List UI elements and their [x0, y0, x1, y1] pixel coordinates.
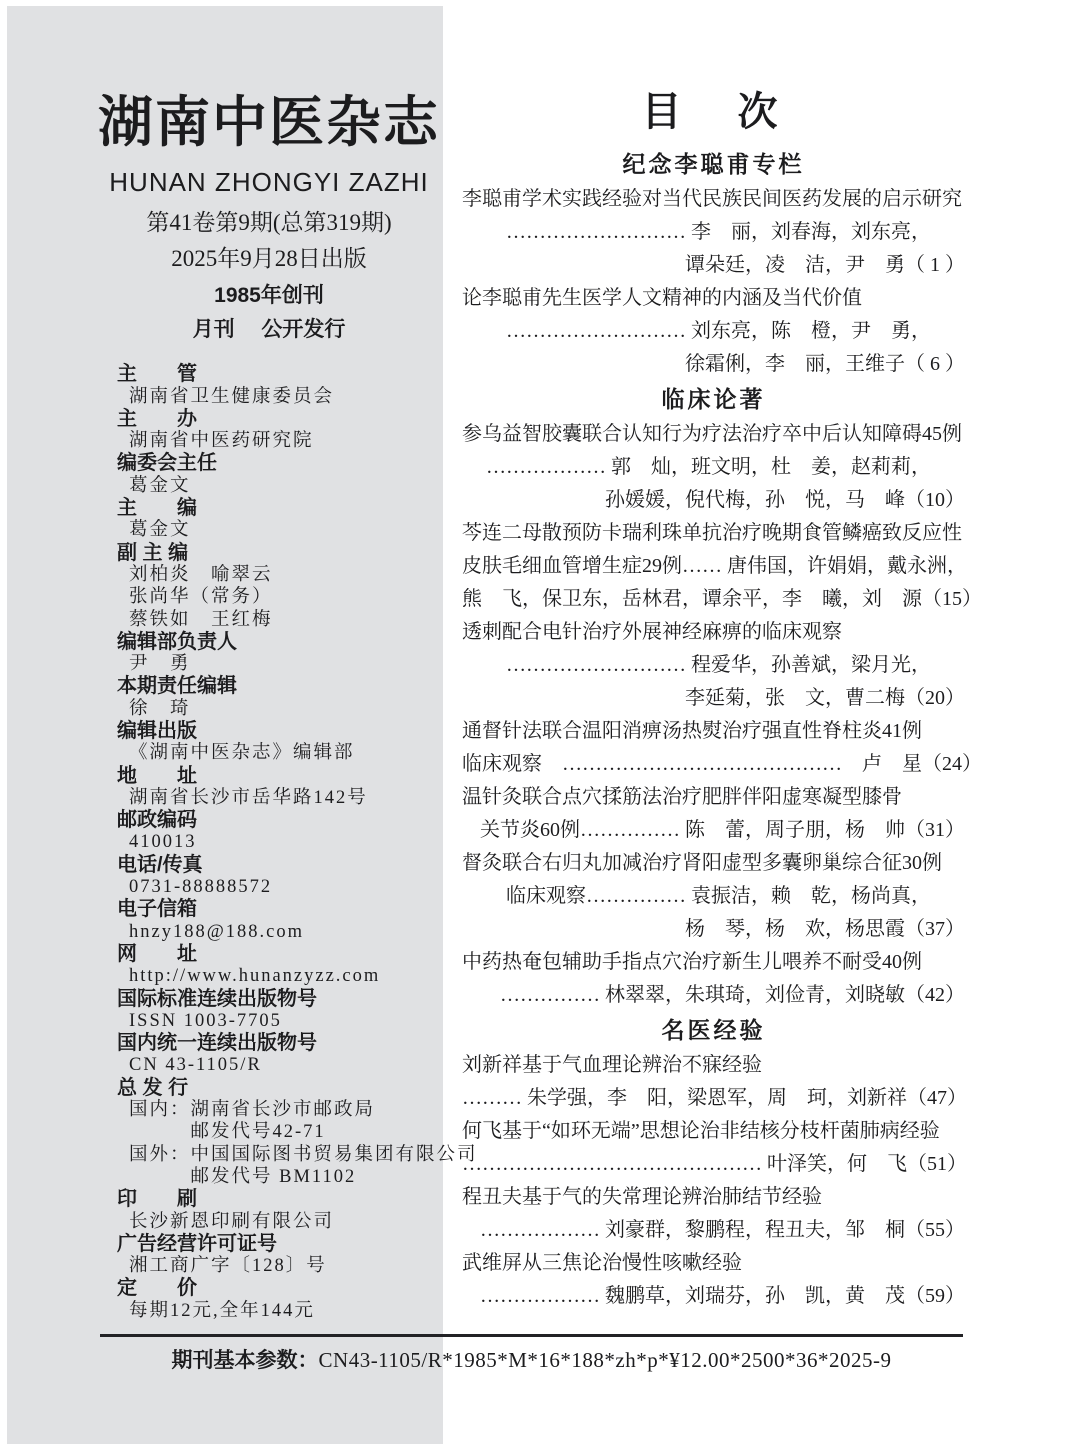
toc-article-entry: 武维屏从三焦论治慢性咳嗽经验……………… 魏鹏草，刘瑞芬，孙 凯，黄 茂（59）: [462, 1247, 965, 1313]
info-value-line: 葛金文: [117, 475, 443, 497]
publish-date-line: 2025年9月28日出版: [95, 245, 443, 273]
info-value-line: 410013: [117, 831, 443, 853]
toc-section-heading: 纪念李聪甫专栏: [462, 148, 965, 181]
toc-column: 目 次 纪念李聪甫专栏李聪甫学术实践经验对当代民族民间医药发展的启示研究……………: [462, 88, 965, 1313]
toc-article-line: 何飞基于“如环无端”思想论治非结核分枝杆菌肺病经验: [462, 1115, 965, 1148]
toc-title: 目 次: [462, 88, 965, 136]
toc-article-line: ……………… 刘豪群，黎鹏程，程丑夫，邹 桐（55）: [462, 1214, 965, 1247]
info-label: 电话/传真: [117, 854, 443, 876]
info-value-line: http://www.hunanzyzz.com: [117, 965, 443, 987]
info-value-line: 湖南省长沙市岳华路142号: [117, 787, 443, 809]
toc-article-line: ……………………… 程爱华，孙善斌，梁月光，: [462, 649, 965, 682]
issue-line: 第41卷第9期(总第319期): [95, 209, 443, 237]
toc-article-line: 温针灸联合点穴揉筋法治疗肥胖伴阳虚寒凝型膝骨: [462, 781, 965, 814]
journal-title-calligraphy: 湖南中医杂志: [95, 90, 443, 153]
toc-article-line: 徐霜俐，李 丽，王维子（ 6 ）: [462, 348, 965, 381]
toc-article-line: …………… 林翠翠，朱琪琦，刘俭青，刘晓敏（42）: [462, 979, 965, 1012]
footer-value: CN43-1105/R*1985*M*16*188*zh*p*¥12.00*25…: [319, 1348, 892, 1372]
info-value-line: 每期12元,全年144元: [117, 1300, 443, 1322]
info-value-line: 长沙新恩印刷有限公司: [117, 1211, 443, 1233]
frequency-line: 月刊 公开发行: [95, 317, 443, 343]
footer-rule: [100, 1334, 963, 1337]
toc-article-entry: 论李聪甫先生医学人文精神的内涵及当代价值……………………… 刘东亮，陈 橙，尹 …: [462, 282, 965, 381]
info-value-line: 湘工商广字〔128〕号: [117, 1255, 443, 1277]
toc-article-line: ……………… 郭 灿，班文明，杜 姜，赵莉莉，: [462, 451, 965, 484]
footer-label: 期刊基本参数：: [172, 1349, 319, 1372]
info-value-line: 邮发代号42-71: [117, 1121, 443, 1143]
info-value-line: 刘柏炎 喻翠云: [117, 564, 443, 586]
info-label: 网 址: [117, 943, 443, 965]
info-label: 地 址: [117, 765, 443, 787]
info-value-line: 0731-88888572: [117, 876, 443, 898]
info-value-line: 湖南省卫生健康委员会: [117, 386, 443, 408]
footer-parameters: 期刊基本参数：CN43-1105/R*1985*M*16*188*zh*p*¥1…: [100, 1345, 963, 1376]
info-label: 国际标准连续出版物号: [117, 988, 443, 1010]
info-value-line: 张尚华（常务）: [117, 586, 443, 608]
toc-section-heading: 名医经验: [462, 1014, 965, 1047]
toc-article-entry: 中药热奄包辅助手指点穴治疗新生儿喂养不耐受40例…………… 林翠翠，朱琪琦，刘俭…: [462, 946, 965, 1012]
toc-article-line: ……………………………………… 叶泽笑，何 飞（51）: [462, 1148, 965, 1181]
info-label: 编委会主任: [117, 452, 443, 474]
toc-article-entry: 刘新祥基于气血理论辨治不寐经验……… 朱学强，李 阳，梁恩军，周 珂，刘新祥（4…: [462, 1049, 965, 1115]
toc-article-line: 李延菊，张 文，曹二梅（20）: [462, 682, 965, 715]
info-value-line: 邮发代号 BM1102: [117, 1166, 443, 1188]
toc-article-line: 通督针法联合温阳消痹汤热熨治疗强直性脊柱炎41例: [462, 715, 965, 748]
info-label: 编辑部负责人: [117, 631, 443, 653]
info-value-line: 徐 琦: [117, 698, 443, 720]
info-label: 定 价: [117, 1277, 443, 1299]
toc-article-line: 芩连二母散预防卡瑞利珠单抗治疗晚期食管鳞癌致反应性: [462, 517, 965, 550]
founded-line: 1985年创刊: [95, 283, 443, 309]
info-value-line: 湖南省中医药研究院: [117, 430, 443, 452]
toc-article-line: ……………………… 刘东亮，陈 橙，尹 勇，: [462, 315, 965, 348]
toc-article-line: 透刺配合电针治疗外展神经麻痹的临床观察: [462, 616, 965, 649]
info-value-line: 尹 勇: [117, 653, 443, 675]
info-label: 总 发 行: [117, 1077, 443, 1099]
toc-article-entry: 通督针法联合温阳消痹汤热熨治疗强直性脊柱炎41例临床观察 ………………………………: [462, 715, 965, 781]
info-label: 广告经营许可证号: [117, 1233, 443, 1255]
info-value-line: 葛金文: [117, 519, 443, 541]
info-label: 本期责任编辑: [117, 675, 443, 697]
toc-article-line: 参乌益智胶囊联合认知行为疗法治疗卒中后认知障碍45例: [462, 418, 965, 451]
toc-article-line: 临床观察…………… 袁振洁，赖 乾，杨尚真，: [462, 880, 965, 913]
info-value-line: ISSN 1003-7705: [117, 1010, 443, 1032]
toc-article-line: 程丑夫基于气的失常理论辨治肺结节经验: [462, 1181, 965, 1214]
toc-article-line: 皮肤毛细血管增生症29例…… 唐伟国，许娟娟，戴永洲，: [462, 550, 965, 583]
info-label: 主 办: [117, 408, 443, 430]
masthead-column: 湖南中医杂志 HUNAN ZHONGYI ZAZHI 第41卷第9期(总第319…: [7, 6, 443, 1322]
toc-article-entry: 芩连二母散预防卡瑞利珠单抗治疗晚期食管鳞癌致反应性皮肤毛细血管增生症29例…… …: [462, 517, 965, 616]
journal-title-pinyin: HUNAN ZHONGYI ZAZHI: [95, 167, 443, 197]
info-value-line: CN 43-1105/R: [117, 1054, 443, 1076]
info-label: 副 主 编: [117, 542, 443, 564]
toc-article-line: 督灸联合右归丸加减治疗肾阳虚型多囊卵巢综合征30例: [462, 847, 965, 880]
info-label: 邮政编码: [117, 809, 443, 831]
info-label: 主 管: [117, 363, 443, 385]
toc-article-entry: 参乌益智胶囊联合认知行为疗法治疗卒中后认知障碍45例……………… 郭 灿，班文明…: [462, 418, 965, 517]
toc-article-line: 熊 飞，保卫东，岳林君，谭余平，李 曦，刘 源（15）: [462, 583, 965, 616]
publication-info-list: 主 管湖南省卫生健康委员会主 办湖南省中医药研究院编委会主任葛金文主 编葛金文副…: [117, 363, 443, 1322]
info-value-line: hnzy188@188.com: [117, 921, 443, 943]
toc-article-line: 李聪甫学术实践经验对当代民族民间医药发展的启示研究: [462, 183, 965, 216]
toc-article-line: 武维屏从三焦论治慢性咳嗽经验: [462, 1247, 965, 1280]
toc-section-heading: 临床论著: [462, 383, 965, 416]
info-value-line: 蔡铁如 王红梅: [117, 609, 443, 631]
toc-article-line: 孙媛媛，倪代梅，孙 悦，马 峰（10）: [462, 484, 965, 517]
toc-article-entry: 温针灸联合点穴揉筋法治疗肥胖伴阳虚寒凝型膝骨关节炎60例…………… 陈 蕾，周子…: [462, 781, 965, 847]
toc-article-line: 论李聪甫先生医学人文精神的内涵及当代价值: [462, 282, 965, 315]
info-label: 电子信箱: [117, 898, 443, 920]
toc-article-line: 关节炎60例…………… 陈 蕾，周子朋，杨 帅（31）: [462, 814, 965, 847]
toc-article-line: ……………………… 李 丽，刘春海，刘东亮，: [462, 216, 965, 249]
toc-article-line: 刘新祥基于气血理论辨治不寐经验: [462, 1049, 965, 1082]
toc-article-line: ……… 朱学强，李 阳，梁恩军，周 珂，刘新祥（47）: [462, 1082, 965, 1115]
toc-article-entry: 透刺配合电针治疗外展神经麻痹的临床观察……………………… 程爱华，孙善斌，梁月光…: [462, 616, 965, 715]
toc-article-entry: 督灸联合右归丸加减治疗肾阳虚型多囊卵巢综合征30例临床观察…………… 袁振洁，赖…: [462, 847, 965, 946]
info-label: 国内统一连续出版物号: [117, 1032, 443, 1054]
info-label: 印 刷: [117, 1188, 443, 1210]
toc-article-line: ……………… 魏鹏草，刘瑞芬，孙 凯，黄 茂（59）: [462, 1280, 965, 1313]
toc-article-entry: 何飞基于“如环无端”思想论治非结核分枝杆菌肺病经验…………………………………………: [462, 1115, 965, 1181]
toc-article-line: 临床观察 …………………………………… 卢 星（24）: [462, 748, 965, 781]
info-label: 主 编: [117, 497, 443, 519]
toc-sections: 纪念李聪甫专栏李聪甫学术实践经验对当代民族民间医药发展的启示研究………………………: [462, 148, 965, 1313]
toc-article-entry: 李聪甫学术实践经验对当代民族民间医药发展的启示研究……………………… 李 丽，刘…: [462, 183, 965, 282]
info-value-line: 国外：中国国际图书贸易集团有限公司: [117, 1144, 443, 1166]
masthead: 湖南中医杂志 HUNAN ZHONGYI ZAZHI 第41卷第9期(总第319…: [95, 90, 443, 343]
info-value-line: 国内：湖南省长沙市邮政局: [117, 1099, 443, 1121]
info-value-line: 《湖南中医杂志》编辑部: [117, 742, 443, 764]
info-label: 编辑出版: [117, 720, 443, 742]
toc-article-line: 中药热奄包辅助手指点穴治疗新生儿喂养不耐受40例: [462, 946, 965, 979]
toc-article-entry: 程丑夫基于气的失常理论辨治肺结节经验……………… 刘豪群，黎鹏程，程丑夫，邹 桐…: [462, 1181, 965, 1247]
toc-article-line: 杨 琴，杨 欢，杨思霞（37）: [462, 913, 965, 946]
toc-article-line: 谭朵廷，凌 洁，尹 勇（ 1 ）: [462, 249, 965, 282]
